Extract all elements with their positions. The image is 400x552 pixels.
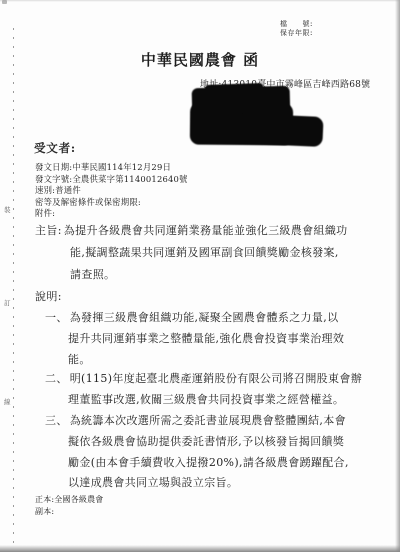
item-3-line: 擬依各級農會協助提供委託書情形,予以核發旨揭回饋獎 <box>68 433 344 449</box>
subject-line: 能,擬調整蔬果共同運銷及國軍副食回饋獎勵金核發案, <box>70 244 339 260</box>
subject-label: 主旨: <box>35 224 62 237</box>
item-3-number: 三、 <box>45 414 68 427</box>
binding-mark-xian: 線 <box>4 399 13 406</box>
item-1-number: 一、 <box>45 311 68 324</box>
scan-artifact <box>2 0 7 4</box>
item-3-line: 三、為統籌本次改選所需之委託書並展現農會整體團結,本會 <box>45 412 346 428</box>
scan-edge-bottom <box>0 545 400 552</box>
meta-issue-date: 發文日期:中華民國114年12月29日 <box>35 162 188 174</box>
item-2-line: 理董監事改選,攸關三級農會共同投資事業之經營權益。 <box>68 391 344 407</box>
scan-edge-right <box>395 0 400 552</box>
recipient-label: 受文者: <box>34 140 76 156</box>
item-3-text: 為統籌本次改選所需之委託書並展現農會整體團結,本會 <box>70 414 346 427</box>
binding-dotted-line <box>13 28 14 547</box>
file-number-block: 檔 號: 保存年限: <box>280 20 313 38</box>
retention-label: 保存年限: <box>280 29 313 38</box>
meta-attachment: 附件: <box>35 208 188 220</box>
meta-speed: 速別:普通件 <box>35 185 188 197</box>
item-1-line: 一、為發揮三級農會組織功能,凝聚全國農會體系之力量,以 <box>45 309 338 325</box>
item-2-text: 明(115)年度起臺北農產運銷股份有限公司將召開股東會辦 <box>70 372 362 385</box>
redaction-shape <box>232 113 323 147</box>
document-title: 中華民國農會 函 <box>0 49 400 70</box>
explanation-label: 說明: <box>35 288 62 304</box>
item-3-line: 勵金(由本會手續費收入提撥20%),請各級農會踴躍配合, <box>68 454 349 470</box>
subject-line: 請查照。 <box>70 266 115 282</box>
original-copy-line: 正本:全國各級農會 <box>35 494 104 505</box>
meta-doc-number: 發文字號:全農供菜字第1140012640號 <box>35 174 188 186</box>
subject-line: 主旨:為提升各級農會共同運銷業務量能並強化三級農會組織功 <box>35 222 348 238</box>
item-1-text: 為發揮三級農會組織功能,凝聚全國農會體系之力量,以 <box>70 311 339 324</box>
binding-mark-zhuang: 裝 <box>4 207 13 214</box>
scan-edge-top <box>0 0 400 2</box>
binding-mark-ding: 訂 <box>4 300 13 307</box>
subject-text: 為提升各級農會共同運銷業務量能並強化三級農會組織功 <box>64 224 348 237</box>
file-no-label: 檔 號: <box>280 20 313 29</box>
meta-block: 發文日期:中華民國114年12月29日 發文字號:全農供菜字第114001264… <box>35 162 188 220</box>
item-2-number: 二、 <box>45 372 68 385</box>
document-page: 裝 訂 線 檔 號: 保存年限: 中華民國農會 函 地址:413010臺中市霧峰… <box>0 0 400 552</box>
item-2-line: 二、明(115)年度起臺北農產運銷股份有限公司將召開股東會辦 <box>45 370 362 386</box>
item-1-line: 提升共同運銷事業之整體量能,強化農會投資事業治理效 <box>68 330 344 346</box>
item-3-line: 以達成農會共同立場與設立宗旨。 <box>68 474 238 490</box>
item-1-line: 能。 <box>68 351 91 367</box>
meta-security: 密等及解密條件或保密期限: <box>35 197 188 209</box>
duplicate-copy-line: 副本: <box>35 506 54 517</box>
